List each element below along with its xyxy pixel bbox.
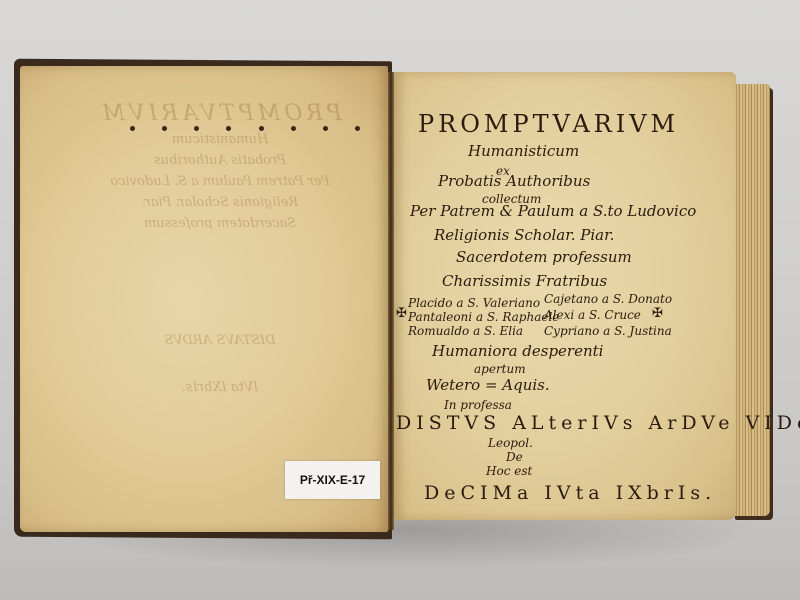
shelfmark-text: Př-XIX-E-17	[300, 473, 365, 487]
brother-name: Pantaleoni a S. Raphaele	[408, 310, 559, 324]
chronogram-line-2: DeCIMa IVta IXbrIs.	[424, 482, 716, 504]
manuscript-line: Humaniora desperenti	[432, 342, 603, 360]
manuscript-line: apertum	[474, 362, 526, 376]
manuscript-line: Humanisticum	[468, 142, 579, 160]
brother-name: Romualdo a S. Elia	[408, 324, 523, 338]
photo-scene: PROMPTVARIVM Humanisticum Probatis Autho…	[0, 0, 800, 600]
manuscript-line: Wetero = Aquis.	[426, 376, 550, 394]
chronogram-line-1: DISTVS ALterIVs ArDVe VIDeo	[396, 412, 800, 434]
left-page-bleed-through-text: PROMPTVARIVM Humanisticum Probatis Autho…	[70, 95, 370, 401]
brother-name: Cypriano a S. Justina	[544, 324, 672, 338]
cross-symbol-left: ✠	[396, 306, 407, 321]
bleed-line: Per Patrem Paulum a S. Ludovico	[70, 174, 370, 189]
cross-symbol-right: ✠	[652, 306, 663, 321]
manuscript-line: Charissimis Fratribus	[442, 272, 607, 290]
manuscript-line: In professa	[444, 398, 512, 412]
manuscript-line: Religionis Scholar. Piar.	[434, 226, 614, 244]
brother-name: Placido a S. Valeriano	[408, 296, 540, 310]
page-block-fore-edge	[734, 84, 770, 516]
shelfmark-label: Př-XIX-E-17	[285, 461, 380, 499]
bleed-title: PROMPTVARIVM	[70, 101, 370, 126]
bleed-line: IVta IXbrIs.	[70, 380, 370, 395]
manuscript-line: Per Patrem & Paulum a S.to Ludovico	[410, 202, 696, 220]
bleed-line: DISTAVS ARDVS	[70, 333, 370, 348]
bleed-line: Probatis Authoribus	[70, 153, 370, 168]
manuscript-line: Sacerdotem professum	[456, 248, 632, 266]
manuscript-line: Hoc est	[486, 464, 532, 478]
manuscript-line: De	[506, 450, 523, 464]
brother-name: Cajetano a S. Donato	[544, 292, 672, 306]
brother-name: Alexi a S. Cruce	[544, 308, 641, 322]
bleed-line: Humanisticum	[70, 132, 370, 147]
manuscript-line: Probatis Authoribus	[438, 172, 590, 190]
bleed-line: Religionis Scholar. Piar.	[70, 195, 370, 210]
manuscript-line: Leopol.	[488, 436, 533, 450]
bleed-line: Sacerdotem professum	[70, 216, 370, 231]
manuscript-title: PROMPTVARIVM	[418, 110, 679, 138]
